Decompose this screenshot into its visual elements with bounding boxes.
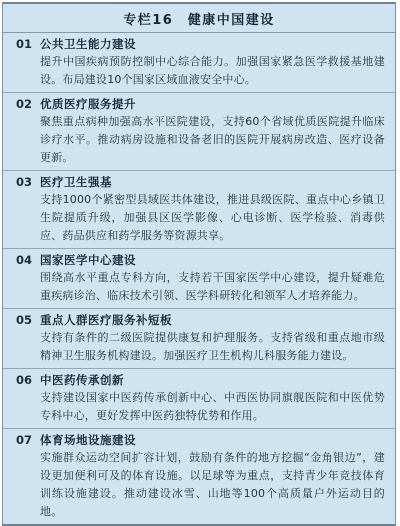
item-body: 实施群众运动空间扩容计划，鼓励有条件的地方挖掘“金角银边”，建设更加便利可及的体… xyxy=(40,449,385,521)
panel-item-01: 01 公共卫生能力建设 提升中国疾病预防控制中心综合能力。加强国家紧急医学救援基… xyxy=(3,33,395,93)
item-number: 01 xyxy=(16,35,40,53)
document-page: 专栏16 健康中国建设 01 公共卫生能力建设 提升中国疾病预防控制中心综合能力… xyxy=(0,0,400,457)
item-content: 体育场地设施建设 实施群众运动空间扩容计划，鼓励有条件的地方挖掘“金角银边”，建… xyxy=(40,431,385,521)
item-number: 07 xyxy=(16,431,40,449)
item-body: 提升中国疾病预防控制中心综合能力。加强国家紧急医学救援基地建设。布局建设10个国… xyxy=(40,53,385,89)
item-title: 中医药传承创新 xyxy=(40,371,385,389)
panel-item-05: 05 重点人群医疗服务补短板 支持有条件的二级医院提供康复和护理服务。支持省级和… xyxy=(3,309,395,369)
item-number: 05 xyxy=(16,311,40,329)
item-body: 支持有条件的二级医院提供康复和护理服务。支持省级和重点地市级精神卫生服务机构建设… xyxy=(40,329,385,365)
policy-panel: 专栏16 健康中国建设 01 公共卫生能力建设 提升中国疾病预防控制中心综合能力… xyxy=(2,2,396,526)
item-number: 03 xyxy=(16,173,40,191)
item-body: 围绕高水平重点专科方向，支持若干国家医学中心建设，提升疑难危重疾病诊治、临床技术… xyxy=(40,269,385,305)
item-title: 优质医疗服务提升 xyxy=(40,95,385,113)
item-title: 体育场地设施建设 xyxy=(40,431,385,449)
item-content: 优质医疗服务提升 聚焦重点病种加强高水平医院建设，支持60个省域优质医院提升临床… xyxy=(40,95,385,167)
item-body: 聚焦重点病种加强高水平医院建设，支持60个省域优质医院提升临床诊疗水平。推动病房… xyxy=(40,113,385,167)
panel-item-07: 07 体育场地设施建设 实施群众运动空间扩容计划，鼓励有条件的地方挖掘“金角银边… xyxy=(3,429,395,524)
item-title: 国家医学中心建设 xyxy=(40,251,385,269)
panel-title: 专栏16 健康中国建设 xyxy=(3,4,395,33)
panel-item-04: 04 国家医学中心建设 围绕高水平重点专科方向，支持若干国家医学中心建设，提升疑… xyxy=(3,249,395,309)
item-body: 支持1000个紧密型县域医共体建设，推进县级医院、重点中心乡镇卫生院提质升级，加… xyxy=(40,191,385,245)
item-number: 04 xyxy=(16,251,40,269)
item-content: 中医药传承创新 支持建设国家中医药传承创新中心、中西医协同旗舰医院和中医优势专科… xyxy=(40,371,385,425)
item-title: 重点人群医疗服务补短板 xyxy=(40,311,385,329)
panel-item-02: 02 优质医疗服务提升 聚焦重点病种加强高水平医院建设，支持60个省域优质医院提… xyxy=(3,93,395,171)
item-body: 支持建设国家中医药传承创新中心、中西医协同旗舰医院和中医优势专科中心，更好发挥中… xyxy=(40,389,385,425)
item-content: 医疗卫生强基 支持1000个紧密型县域医共体建设，推进县级医院、重点中心乡镇卫生… xyxy=(40,173,385,245)
item-content: 公共卫生能力建设 提升中国疾病预防控制中心综合能力。加强国家紧急医学救援基地建设… xyxy=(40,35,385,89)
item-number: 06 xyxy=(16,371,40,389)
item-content: 重点人群医疗服务补短板 支持有条件的二级医院提供康复和护理服务。支持省级和重点地… xyxy=(40,311,385,365)
panel-item-03: 03 医疗卫生强基 支持1000个紧密型县域医共体建设，推进县级医院、重点中心乡… xyxy=(3,171,395,249)
panel-item-06: 06 中医药传承创新 支持建设国家中医药传承创新中心、中西医协同旗舰医院和中医优… xyxy=(3,369,395,429)
item-title: 医疗卫生强基 xyxy=(40,173,385,191)
item-title: 公共卫生能力建设 xyxy=(40,35,385,53)
item-content: 国家医学中心建设 围绕高水平重点专科方向，支持若干国家医学中心建设，提升疑难危重… xyxy=(40,251,385,305)
item-number: 02 xyxy=(16,95,40,113)
